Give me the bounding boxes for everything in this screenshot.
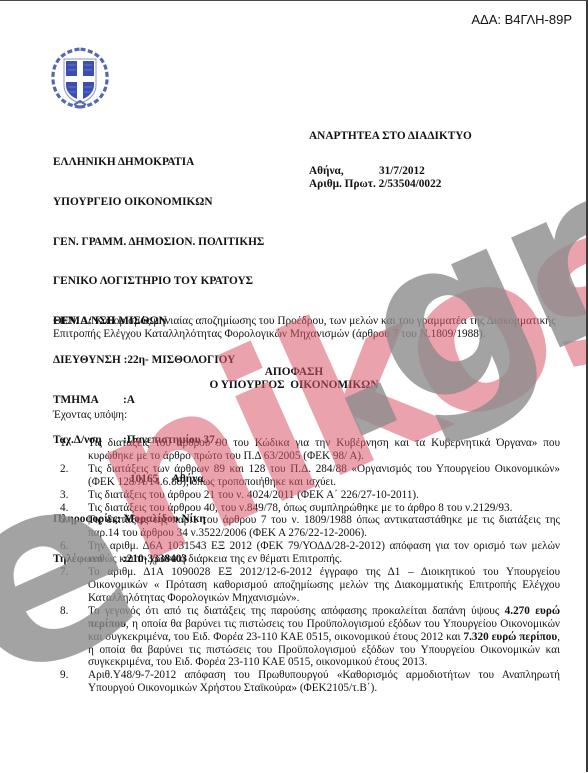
field-label: ΤΜΗΜΑ (53, 394, 123, 407)
list-item: 3.Τις διατάξεις του άρθρου 21 του ν. 402… (60, 489, 560, 502)
decision-subtitle: Ο ΥΠΟΥΡΓΟΣ ΟΙΚΟΝΟΜΙΚΩΝ (0, 379, 588, 392)
list-item: 7.Το αριθμ. Δ1Α 1090028 ΕΞ 2012/12-6-201… (60, 566, 560, 605)
list-item: 9.Αριθ.Υ48/9-7-2012 απόφαση του Πρωθυπου… (60, 669, 560, 695)
field-department: ΤΜΗΜΑ :Α (53, 394, 264, 407)
document-meta: ΑΝΑΡΤΗΤΕΑ ΣΤΟ ΔΙΑΔΙΚΤΥΟ Αθήνα, 31/7/2012… (309, 130, 472, 192)
item-text: Τις διατάξεις του άρθρου 40, του ν.849/7… (88, 502, 560, 515)
subject: ΘΕΜΑ: Καθορισμός μηνιαίας αποζημίωσης το… (53, 315, 581, 341)
item-number: 7. (60, 566, 88, 605)
item-number: 4. (60, 502, 88, 515)
issuer-line: ΓΕΝ. ΓΡΑΜΜ. ΔΗΜΟΣΙΟΝ. ΠΟΛΙΤΙΚΗΣ (53, 236, 264, 249)
list-item: 8.Το γεγονός ότι από τις διατάξεις της π… (60, 605, 560, 670)
item-text: Την αριθμ. Δ6Α 1031543 ΕΞ 2012 (ΦΕΚ 79/Υ… (88, 540, 560, 566)
list-item: 1.Τις διατάξεις του άρθρου 90 του Κώδικα… (60, 437, 560, 463)
considerations-list: 1.Τις διατάξεις του άρθρου 90 του Κώδικα… (60, 437, 560, 695)
list-item: 5.Τις διατάξεις της παρ.1 του άρθρου 7 τ… (60, 514, 560, 540)
issuer-line: ΥΠΟΥΡΓΕΙΟ ΟΙΚΟΝΟΜΙΚΩΝ (53, 196, 264, 209)
place-label: Αθήνα, (309, 165, 379, 178)
item-text: Τις διατάξεις του άρθρου 90 του Κώδικα γ… (88, 437, 560, 463)
watermark-gr: .gr (266, 145, 588, 476)
list-item: 4.Τις διατάξεις του άρθρου 40, του ν.849… (60, 502, 560, 515)
item-number: 5. (60, 514, 88, 540)
greek-coat-of-arms-icon (49, 45, 111, 111)
date-row: Αθήνα, 31/7/2012 (309, 165, 472, 178)
list-item: 6.Την αριθμ. Δ6Α 1031543 ΕΞ 2012 (ΦΕΚ 79… (60, 540, 560, 566)
publish-note: ΑΝΑΡΤΗΤΕΑ ΣΤΟ ΔΙΑΔΙΚΤΥΟ (309, 130, 472, 143)
list-item: 2.Τις διατάξεις των άρθρων 89 και 128 το… (60, 463, 560, 489)
item-text: Το αριθμ. Δ1Α 1090028 ΕΞ 2012/12-6-2012 … (88, 566, 560, 605)
having-regard: Έχοντας υπόψη: (53, 409, 127, 421)
decision-title: ΑΠΟΦΑΣΗ (0, 366, 588, 379)
subject-label: ΘΕΜΑ: (53, 315, 92, 327)
item-number: 6. (60, 540, 88, 566)
ada-code: ΑΔΑ: Β4ΓΛΗ-89Ρ (471, 12, 572, 27)
subject-text: Καθορισμός μηνιαίας αποζημίωσης του Προέ… (53, 315, 556, 340)
document-page: ΑΔΑ: Β4ΓΛΗ-89Ρ ΕΛΛΗΝΙΚΗ ΔΗΜΟΚΡΑΤΙΑ ΥΠΟΥΡ… (0, 0, 588, 772)
decision-heading: ΑΠΟΦΑΣΗ Ο ΥΠΟΥΡΓΟΣ ΟΙΚΟΝΟΜΙΚΩΝ (0, 366, 588, 392)
protocol-label: Αριθμ. Πρωτ. (309, 178, 376, 191)
item-text: Τις διατάξεις του άρθρου 21 του ν. 4024/… (88, 489, 560, 502)
item-text: Το γεγονός ότι από τις διατάξεις της παρ… (88, 605, 560, 670)
item-number: 9. (60, 669, 88, 695)
item-text: Τις διατάξεις των άρθρων 89 και 128 του … (88, 463, 560, 489)
item-text: Αριθ.Υ48/9-7-2012 απόφαση του Πρωθυπουργ… (88, 669, 560, 695)
field-value: :Α (123, 394, 135, 407)
item-number: 8. (60, 605, 88, 670)
protocol-row: Αριθμ. Πρωτ. 2/53504/0022 (309, 178, 472, 191)
issuer-line: ΓΕΝΙΚΟ ΛΟΓΙΣΤΗΡΙΟ ΤΟΥ ΚΡΑΤΟΥΣ (53, 275, 264, 288)
item-number: 1. (60, 437, 88, 463)
item-number: 2. (60, 463, 88, 489)
item-text: Τις διατάξεις της παρ.1 του άρθρου 7 του… (88, 514, 560, 540)
item-number: 3. (60, 489, 88, 502)
issuer-line: ΕΛΛΗΝΙΚΗ ΔΗΜΟΚΡΑΤΙΑ (53, 156, 264, 169)
document-date: 31/7/2012 (379, 165, 425, 178)
protocol-number: 2/53504/0022 (379, 178, 442, 191)
